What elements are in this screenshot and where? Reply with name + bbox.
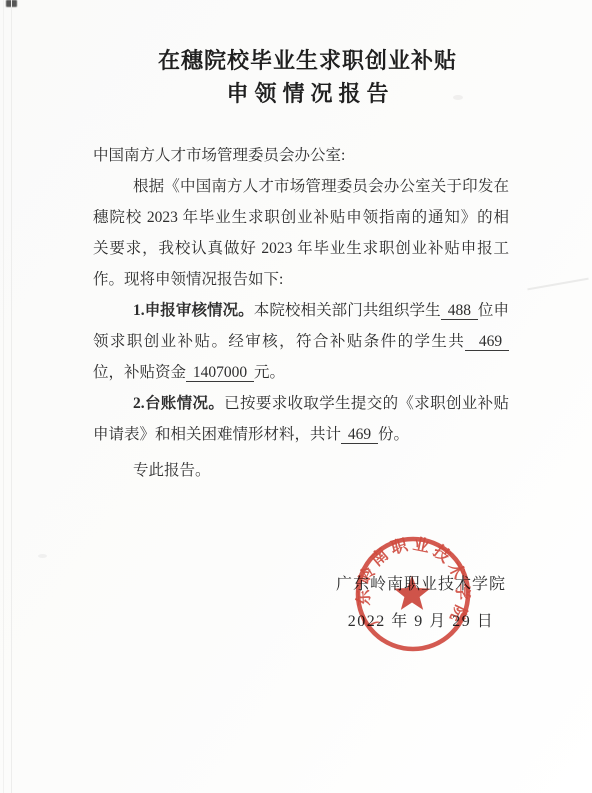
star-icon: [394, 576, 430, 610]
scan-artifact-edge-line-2: [3, 0, 4, 793]
students-organized-value: 488: [441, 302, 478, 320]
body-line-section1: 1.申报审核情况。本院校相关部门共组织学生 488 位申: [93, 295, 509, 326]
body-line: 申请表》和相关困难情形材料，共计 469 份。: [93, 419, 509, 450]
dossier-copies-value: 469: [341, 426, 378, 444]
scan-artifact-smudge: [527, 278, 588, 291]
body-line: 作。现将申领情况报告如下:: [93, 264, 509, 295]
document-title: 在穗院校毕业生求职创业补贴 申领情况报告: [100, 44, 515, 110]
body-line-section2: 2.台账情况。已按要求收取学生提交的《求职创业补贴: [93, 388, 509, 419]
body-line: 位，补贴资金 1407000 元。: [93, 357, 509, 388]
official-seal-stamp: 广东岭南职业技术学院: [349, 530, 477, 658]
body-line: 穗院校 2023 年毕业生求职创业补贴申领指南的通知》的相: [93, 202, 509, 233]
closing-line: 专此报告。: [93, 455, 509, 486]
scan-artifact-edge-line: [11, 0, 12, 793]
document-body: 中国南方人才市场管理委员会办公室: 根据《中国南方人才市场管理委员会办公室关于印…: [93, 140, 509, 486]
addressee-line: 中国南方人才市场管理委员会办公室:: [93, 140, 509, 171]
subsidy-amount-value: 1407000: [186, 364, 254, 382]
body-line: 根据《中国南方人才市场管理委员会办公室关于印发在: [93, 171, 509, 202]
body-line: 关要求，我校认真做好 2023 年毕业生求职创业补贴申报工: [93, 233, 509, 264]
students-qualified-value: 469: [465, 333, 509, 351]
document-title-line1: 在穗院校毕业生求职创业补贴: [100, 44, 515, 77]
section1-heading: 1.申报审核情况。: [133, 302, 254, 319]
document-title-line2: 申领情况报告: [100, 77, 515, 110]
section2-heading: 2.台账情况。: [133, 395, 224, 412]
body-line: 领求职创业补贴。经审核，符合补贴条件的学生共 469: [93, 326, 509, 357]
scan-artifact-smudge: [38, 554, 47, 558]
document-page: 在穗院校毕业生求职创业补贴 申领情况报告 中国南方人才市场管理委员会办公室: 根…: [0, 0, 592, 793]
